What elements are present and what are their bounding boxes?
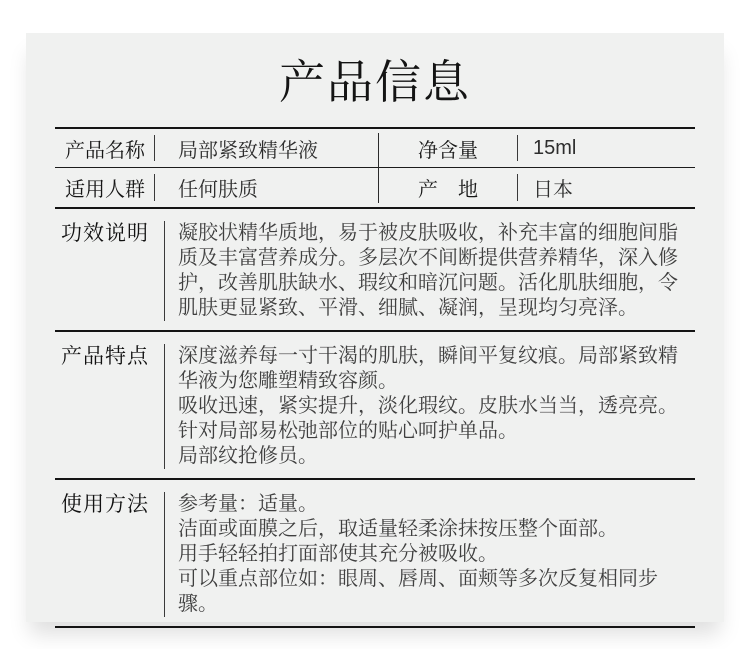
info-value-product-name: 局部紧致精华液: [155, 129, 378, 167]
paragraph: 吸收迅速，紧实提升，淡化瑕纹。皮肤水当当，透亮亮。: [178, 394, 695, 419]
paragraph: 用手轻轻拍打面部使其充分被吸收。: [178, 542, 695, 567]
page-title: 产品信息: [26, 54, 724, 110]
info-value-target-users: 任何肤质: [155, 168, 378, 207]
paragraph: 洁面或面膜之后，取适量轻柔涂抹按压整个面部。: [178, 517, 695, 542]
paragraph: 凝胶状精华质地，易于被皮肤吸收，补充丰富的细胞间脂质及丰富营养成分。多层次不间断…: [178, 221, 695, 321]
section-label: 功效说明: [55, 221, 164, 321]
info-label-net-content: 净含量: [378, 129, 518, 167]
info-value-origin: 日本: [518, 168, 695, 207]
section-usage: 使用方法 参考量：适量。 洁面或面膜之后，取适量轻柔涂抹按压整个面部。 用手轻轻…: [55, 480, 695, 628]
section-body: 凝胶状精华质地，易于被皮肤吸收，补充丰富的细胞间脂质及丰富营养成分。多层次不间断…: [164, 221, 695, 321]
info-value-net-content: 15ml: [518, 129, 695, 167]
section-body: 深度滋养每一寸干渴的肌肤，瞬间平复纹痕。局部紧致精华液为您雕塑精致容颜。 吸收迅…: [164, 344, 695, 469]
info-label-product-name: 产品名称: [55, 129, 155, 167]
paragraph: 参考量：适量。: [178, 492, 695, 517]
paragraph: 深度滋养每一寸干渴的肌肤，瞬间平复纹痕。局部紧致精华液为您雕塑精致容颜。: [178, 344, 695, 394]
section-body: 参考量：适量。 洁面或面膜之后，取适量轻柔涂抹按压整个面部。 用手轻轻拍打面部使…: [164, 492, 695, 617]
section-label: 使用方法: [55, 492, 164, 617]
section-label: 产品特点: [55, 344, 164, 469]
paragraph: 可以重点部位如：眼周、唇周、面颊等多次反复相同步骤。: [178, 567, 695, 617]
section-features: 产品特点 深度滋养每一寸干渴的肌肤，瞬间平复纹痕。局部紧致精华液为您雕塑精致容颜…: [55, 332, 695, 480]
table-row: 适用人群 任何肤质 产 地 日本: [55, 168, 695, 207]
section-efficacy: 功效说明 凝胶状精华质地，易于被皮肤吸收，补充丰富的细胞间脂质及丰富营养成分。多…: [55, 209, 695, 332]
info-label-target-users: 适用人群: [55, 168, 155, 207]
content-area: 产品名称 局部紧致精华液 净含量 15ml 适用人群 任何肤质 产 地 日本 功…: [55, 127, 695, 628]
table-row: 产品名称 局部紧致精华液 净含量 15ml: [55, 129, 695, 168]
product-info-table: 产品名称 局部紧致精华液 净含量 15ml 适用人群 任何肤质 产 地 日本: [55, 127, 695, 209]
info-label-origin: 产 地: [378, 168, 518, 207]
product-info-card: 产品信息 产品名称 局部紧致精华液 净含量 15ml 适用人群 任何肤质 产 地…: [26, 33, 724, 622]
paragraph: 针对局部易松弛部位的贴心呵护单品。: [178, 419, 695, 444]
paragraph: 局部纹抢修员。: [178, 444, 695, 469]
